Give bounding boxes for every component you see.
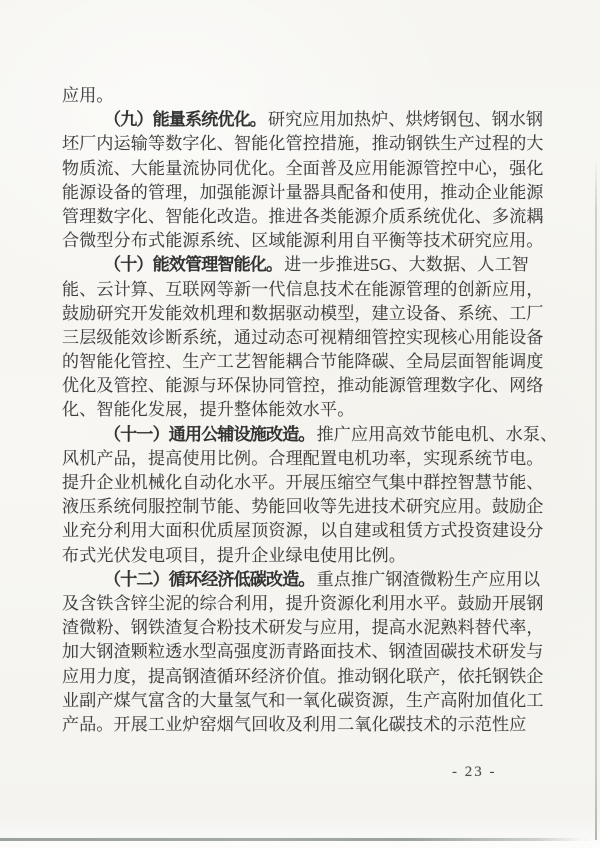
text-line: （十）能效管理智能化。进一步推进5G、大数据、人工智 [62,253,550,277]
line-text: 布式光伏发电项目，提升企业绿电使用比例。 [62,546,406,565]
line-text: 化、智能化发展，提升整体能效水平。 [62,400,354,419]
text-line: 能、云计算、互联网等新一代信息技术在能源管理的创新应用， [62,278,550,302]
line-text: 重点推广钢渣微粉生产应用以 [317,570,541,589]
line-text: 优化及管控、能源与环保协同管控，推动能源管理数字化、网络 [62,376,544,395]
document-body-text: 应用。（九）能量系统优化。研究应用加热炉、烘烤钢包、钢水钢坯厂内运输等数字化、智… [62,84,550,737]
text-line: （十一）通用公辅设施改造。推广应用高效节能电机、水泵、 [62,423,550,447]
line-text: 业副产煤气富含的大量氢气和一氧化碳资源，生产高附加值化工 [62,691,544,710]
line-text: 物质流、大能量流协同优化。全面普及应用能源管控中心，强化 [62,159,544,178]
text-line: 管理数字化、智能化改造。推进各类能源介质系统优化、多流耦 [62,205,550,229]
line-text: 三层级能效诊断系统，通过动态可视精细管控实现核心用能设备 [62,328,544,347]
line-text: 合微型分布式能源系统、区域能源利用自平衡等技术研究应用。 [62,231,544,250]
line-text: 液压系统伺服控制节能、势能回收等先进技术研究应用。鼓励企 [62,497,544,516]
line-text: 进一步推进5G、大数据、人工智 [284,255,529,274]
line-text: 渣微粉、钢铁渣复合粉技术研发与应用，提高水泥熟料替代率， [62,618,544,637]
line-text: 管理数字化、智能化改造。推进各类能源介质系统优化、多流耦 [62,207,544,226]
section-heading: （十二）循环经济低碳改造。 [104,570,317,589]
line-text: 应用。 [62,86,114,105]
line-text: 坯厂内运输等数字化、智能化管控措施，推动钢铁生产过程的大 [62,134,544,153]
text-line: 优化及管控、能源与环保协同管控，推动能源管理数字化、网络 [62,374,550,398]
text-line: （十二）循环经济低碳改造。重点推广钢渣微粉生产应用以 [62,568,550,592]
line-text: 鼓励研究开发能效机理和数据驱动模型，建立设备、系统、工厂 [62,304,544,323]
text-line: 鼓励研究开发能效机理和数据驱动模型，建立设备、系统、工厂 [62,302,550,326]
text-line: 应用力度，提高钢渣循环经济价值。推动钢化联产，依托钢铁企 [62,665,550,689]
text-line: 三层级能效诊断系统，通过动态可视精细管控实现核心用能设备 [62,326,550,350]
text-line: 应用。 [62,84,550,108]
text-line: 业副产煤气富含的大量氢气和一氧化碳资源，生产高附加值化工 [62,689,550,713]
line-text: 风机产品，提高使用比例。合理配置电机功率，实现系统节电。 [62,449,544,468]
text-line: 渣微粉、钢铁渣复合粉技术研发与应用，提高水泥熟料替代率， [62,616,550,640]
section-heading: （十一）通用公辅设施改造。 [104,425,317,444]
text-line: 风机产品，提高使用比例。合理配置电机功率，实现系统节电。 [62,447,550,471]
line-text: 推广应用高效节能电机、水泵、 [317,425,558,444]
text-line: 的智能化管控、生产工艺智能耦合节能降碳、全局层面智能调度 [62,350,550,374]
text-line: 布式光伏发电项目，提升企业绿电使用比例。 [62,544,550,568]
text-line: 化、智能化发展，提升整体能效水平。 [62,398,550,422]
line-text: 应用力度，提高钢渣循环经济价值。推动钢化联产，依托钢铁企 [62,667,544,686]
line-text: 的智能化管控、生产工艺智能耦合节能降碳、全局层面智能调度 [62,352,544,371]
text-line: 液压系统伺服控制节能、势能回收等先进技术研究应用。鼓励企 [62,495,550,519]
line-text: 提升企业机械化自动化水平。开展压缩空气集中群控智慧节能、 [62,473,544,492]
text-line: 合微型分布式能源系统、区域能源利用自平衡等技术研究应用。 [62,229,550,253]
text-line: （九）能量系统优化。研究应用加热炉、烘烤钢包、钢水钢 [62,108,550,132]
text-line: 能源设备的管理，加强能源计量器具配备和使用，推动企业能源 [62,181,550,205]
line-text: 能源设备的管理，加强能源计量器具配备和使用，推动企业能源 [62,183,544,202]
line-text: 产品。开展工业炉窑烟气回收及利用二氧化碳技术的示范性应 [62,715,526,734]
page-number: - 23 - [452,762,497,782]
line-text: 研究应用加热炉、烘烤钢包、钢水钢 [268,110,543,129]
section-heading: （九）能量系统优化。 [104,110,268,129]
scan-page-edge-right [595,158,597,840]
text-line: 加大钢渣颗粒透水型高强度沥青路面技术、钢渣固碳技术研发与 [62,640,550,664]
text-line: 提升企业机械化自动化水平。开展压缩空气集中群控智慧节能、 [62,471,550,495]
text-line: 物质流、大能量流协同优化。全面普及应用能源管控中心，强化 [62,157,550,181]
section-heading: （十）能效管理智能化。 [104,255,284,274]
line-text: 加大钢渣颗粒透水型高强度沥青路面技术、钢渣固碳技术研发与 [62,642,544,661]
text-line: 及含铁含锌尘泥的综合利用，提升资源化利用水平。鼓励开展钢 [62,592,550,616]
scanner-background-strip [0,841,600,848]
text-line: 业充分利用大面积优质屋顶资源，以自建或租赁方式投资建设分 [62,519,550,543]
line-text: 及含铁含锌尘泥的综合利用，提升资源化利用水平。鼓励开展钢 [62,594,544,613]
document-page: 应用。（九）能量系统优化。研究应用加热炉、烘烤钢包、钢水钢坯厂内运输等数字化、智… [0,0,600,848]
line-text: 业充分利用大面积优质屋顶资源，以自建或租赁方式投资建设分 [62,521,544,540]
line-text: 能、云计算、互联网等新一代信息技术在能源管理的创新应用， [62,280,544,299]
text-line: 产品。开展工业炉窑烟气回收及利用二氧化碳技术的示范性应 [62,713,550,737]
text-line: 坯厂内运输等数字化、智能化管控措施，推动钢铁生产过程的大 [62,132,550,156]
